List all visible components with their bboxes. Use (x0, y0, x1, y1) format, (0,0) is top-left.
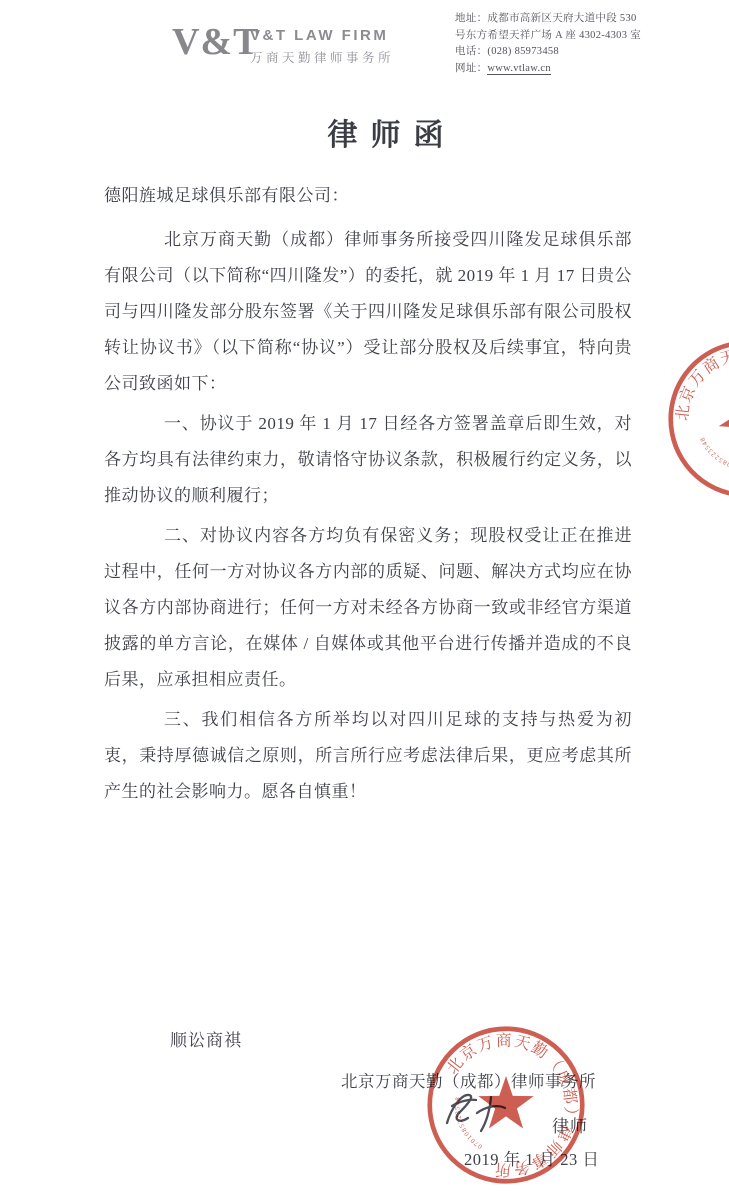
letter-title: 律师函 (122, 110, 649, 154)
paragraph-three: 三、我们相信各方所举均以对四川足球的支持与热爱为初衷，秉持厚德诚信之原则，所言所… (104, 702, 632, 810)
seal-serial-number: 0701085223548 (454, 1096, 484, 1150)
letter-page: V&T V&T LAW FIRM 万商天勤律师事务所 地址：成都市高新区天府大道… (0, 0, 729, 1200)
seal-serial-number: 0701085223548 (698, 423, 729, 484)
closing-greeting: 顺讼商祺 (170, 1026, 242, 1051)
website-line: 网址：www.vtlaw.cn (455, 61, 723, 78)
firm-name-en: V&T LAW FIRM (250, 27, 394, 44)
corner-seal: 北京万商天勤（成都）律师事务所 0701085223548 (633, 305, 729, 534)
letter-body: 德阳旌城足球俱乐部有限公司： 北京万商天勤（成都）律师事务所接受四川隆发足球俱乐… (104, 178, 632, 814)
addressee: 德阳旌城足球俱乐部有限公司： (104, 178, 632, 214)
paragraph-two: 二、对协议内容各方均负有保密义务；现股权受让正在推进过程中，任何一方对协议各方内… (104, 518, 632, 698)
firm-seal: 北京万商天勤（成都）律师事务所 0701085223548 (423, 1022, 589, 1188)
phone-line: 电话：(028) 85973458 (455, 44, 723, 61)
svg-text:0701085223548: 0701085223548 (454, 1096, 484, 1150)
website-label: 网址： (455, 63, 487, 74)
address-line2: 号东方希望天祥广场 A 座 4302-4303 室 (455, 28, 723, 45)
contact-block: 地址：成都市高新区天府大道中段 530 号东方希望天祥广场 A 座 4302-4… (455, 11, 723, 77)
paragraph-intro: 北京万商天勤（成都）律师事务所接受四川隆发足球俱乐部有限公司（以下简称“四川隆发… (104, 222, 632, 402)
address-line1: 地址：成都市高新区天府大道中段 530 (455, 11, 723, 28)
firm-logo-names: V&T LAW FIRM 万商天勤律师事务所 (250, 27, 394, 66)
seal-star-icon (478, 1076, 533, 1129)
vt-logo: V&T (172, 20, 259, 64)
svg-text:0701085223548: 0701085223548 (698, 423, 729, 484)
seal-star-icon (708, 380, 729, 454)
paragraph-one: 一、协议于 2019 年 1 月 17 日经各方签署盖章后即生效，对各方均具有法… (104, 406, 632, 514)
firm-name-cn: 万商天勤律师事务所 (250, 48, 394, 66)
website-url: www.vtlaw.cn (487, 63, 550, 76)
